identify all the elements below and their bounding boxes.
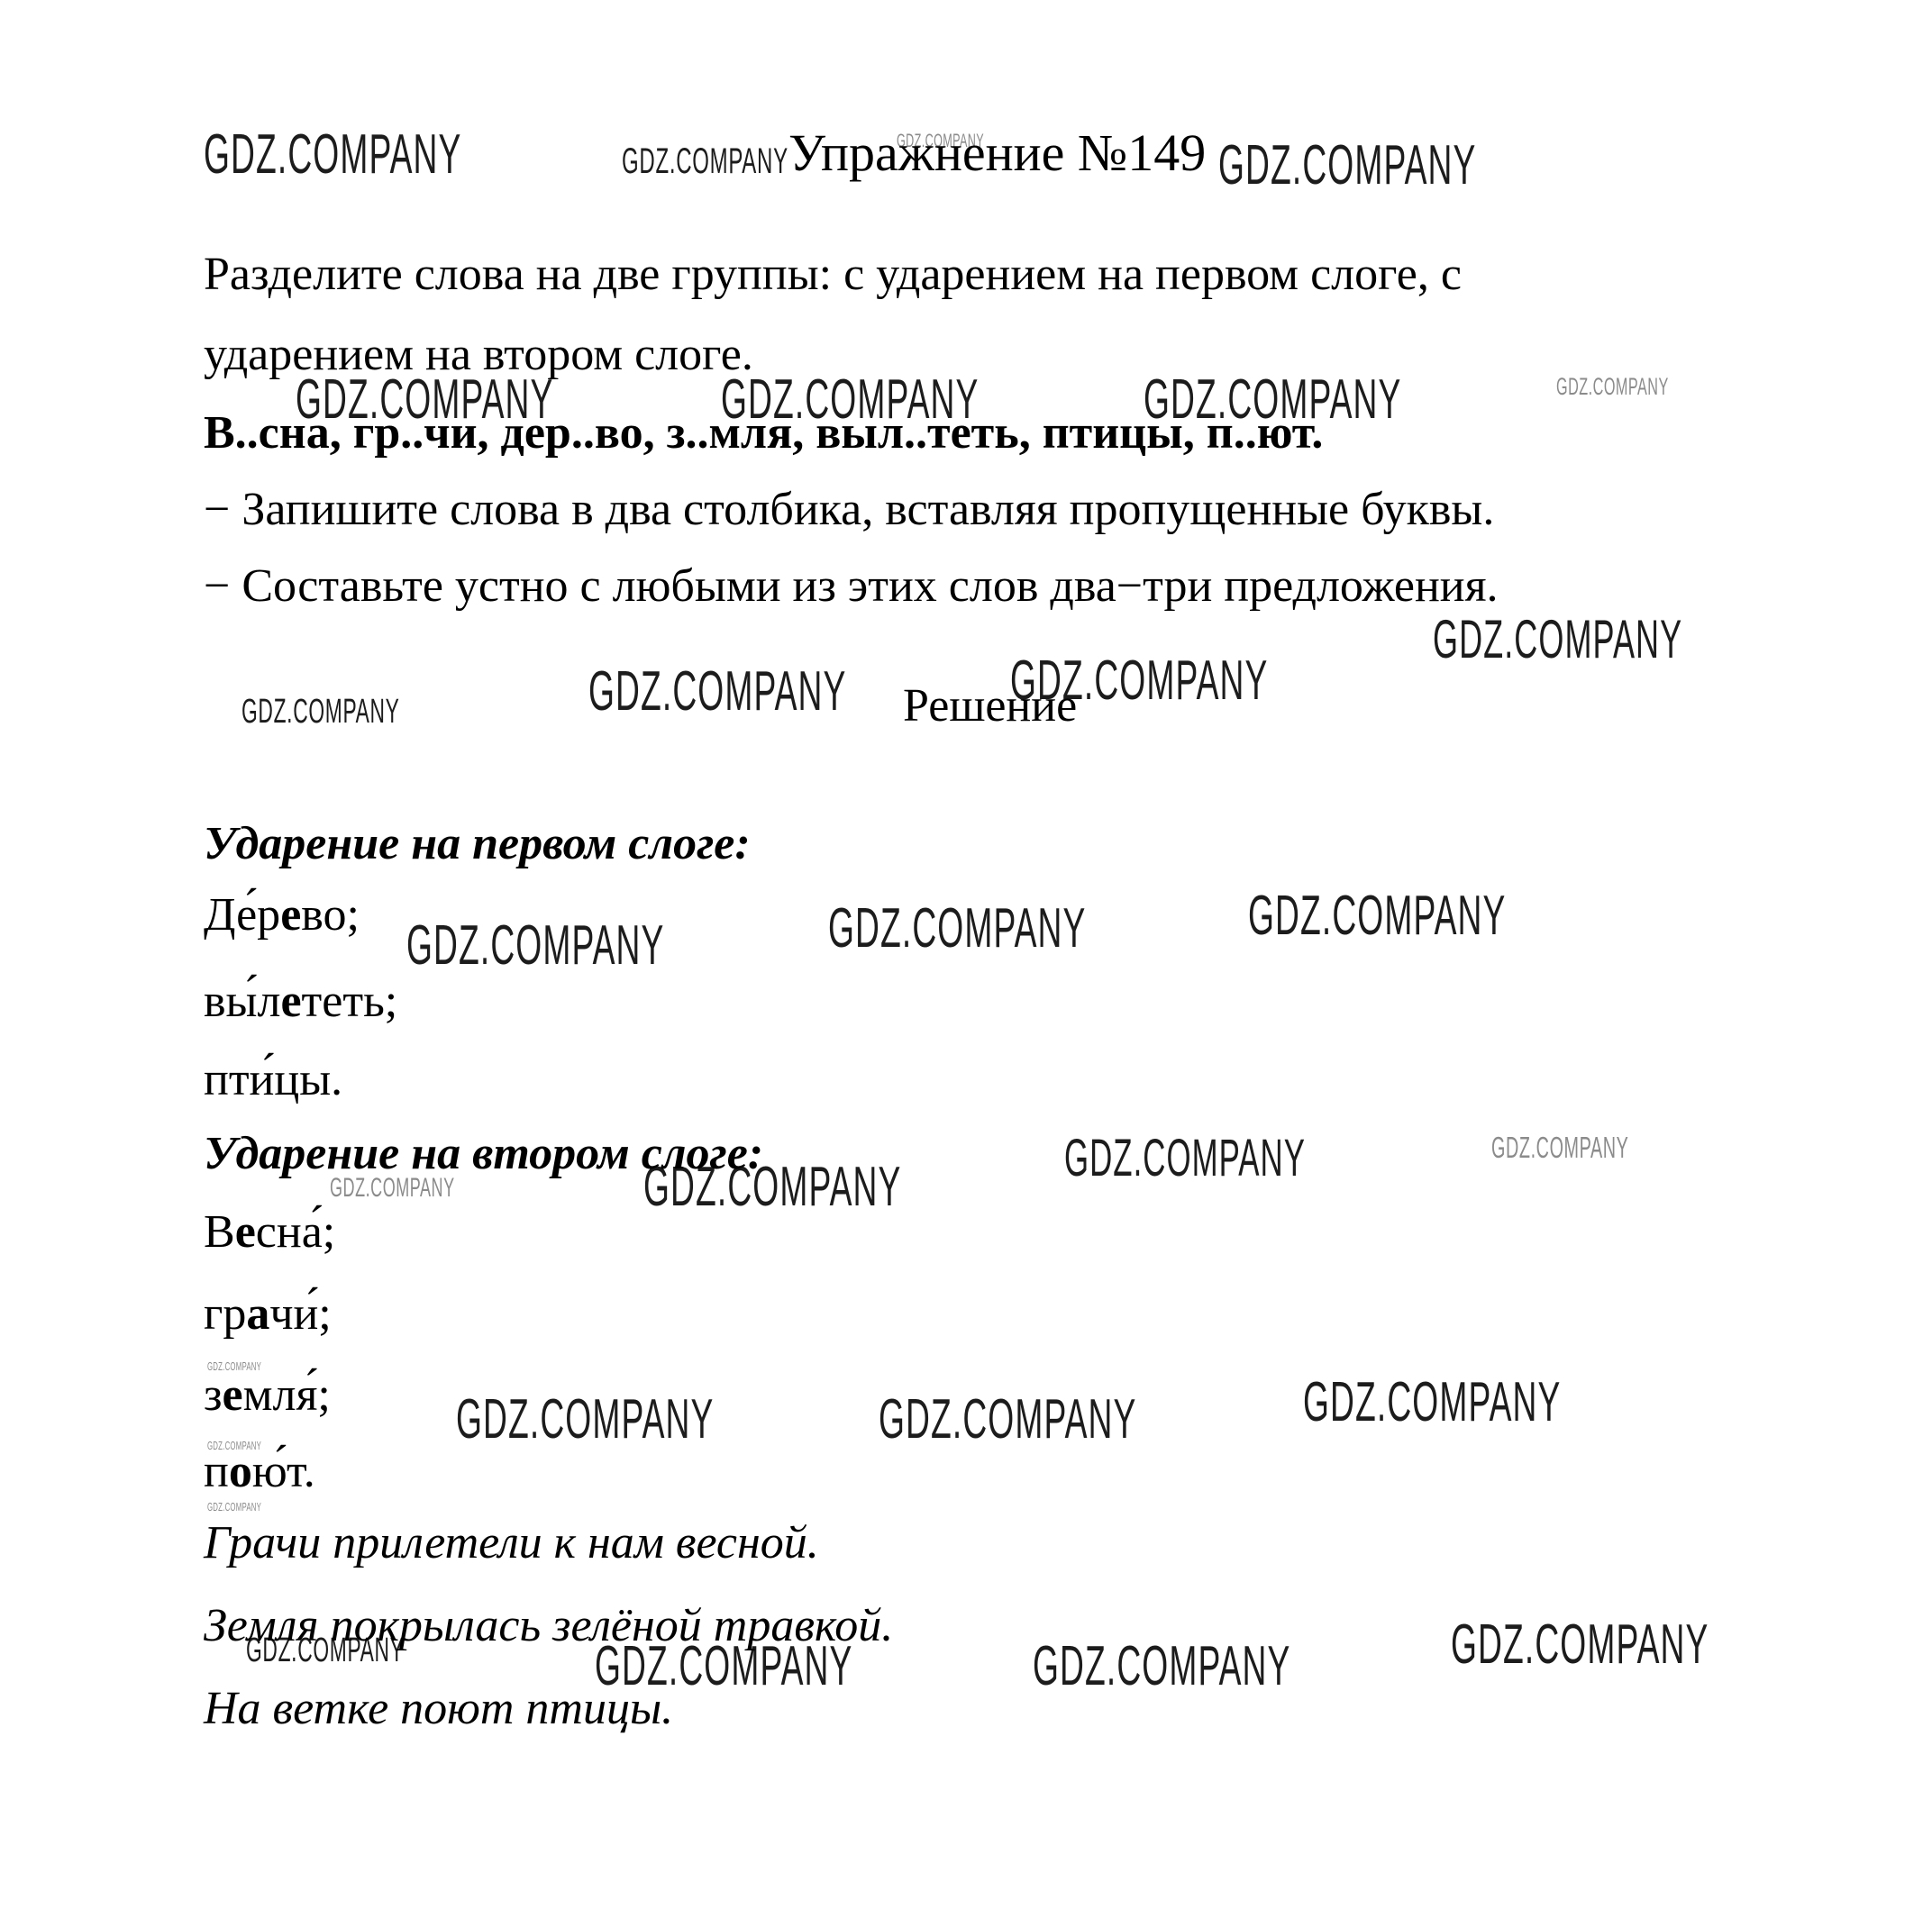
word-part-bold: е: [235, 1206, 256, 1258]
word-part-pre: гр: [204, 1288, 246, 1340]
word-part-pre: вы́л: [204, 976, 280, 1027]
word-part-pre: Де́р: [204, 889, 280, 941]
word-part-post: чи́;: [269, 1288, 331, 1340]
task-hint-1: − Запишите слова в два столбика, вставля…: [204, 480, 1494, 539]
gdz-watermark: GDZ.COMPANY: [1451, 1617, 1709, 1673]
task-intro-line-2: ударением на втором слоге.: [204, 325, 753, 384]
gdz-watermark: GDZ.COMPANY: [1218, 138, 1476, 194]
word-part-pre: пти́цы.: [204, 1054, 342, 1105]
word-part-bold: а: [246, 1288, 269, 1340]
gdz-watermark: GDZ.COMPANY: [406, 918, 664, 974]
word-part-pre: В: [204, 1206, 235, 1258]
group2-title: Ударение на втором слоге:: [204, 1124, 763, 1183]
solution-word-vesna: Весна́;: [204, 1203, 335, 1261]
gdz-watermark: GDZ.COMPANY: [456, 1392, 714, 1448]
word-part-post: теть;: [302, 976, 398, 1027]
exercise-page: GDZ.COMPANY GDZ.COMPANY GDZ.COMPANY GDZ.…: [0, 0, 1932, 1909]
gdz-watermark: GDZ.COMPANY: [1248, 888, 1506, 944]
gdz-watermark: GDZ.COMPANY: [204, 127, 461, 183]
page-title: Упражнение №149: [788, 121, 1206, 186]
gdz-watermark: GDZ.COMPANY: [828, 901, 1086, 957]
group1-title: Ударение на первом слоге:: [204, 814, 751, 873]
word-part-pre: п: [204, 1446, 229, 1497]
word-part-bold: е: [280, 976, 301, 1027]
gdz-watermark: GDZ.COMPANY: [207, 1501, 261, 1513]
word-part-bold: е: [223, 1369, 243, 1421]
example-sentence-3: На ветке поют птицы.: [204, 1679, 673, 1738]
solution-word-ptitsy: пти́цы.: [204, 1050, 342, 1109]
word-part-bold: о: [229, 1446, 252, 1497]
word-part-post: сна́;: [256, 1206, 335, 1258]
solution-word-grachi: грачи́;: [204, 1285, 332, 1343]
word-part-post: во;: [301, 889, 360, 941]
solution-word-poyut: пою́т.: [204, 1442, 315, 1501]
task-words-line: В..сна, гр..чи, дер..во, з..мля, выл..те…: [204, 404, 1323, 462]
task-intro-line-1: Разделите слова на две группы: с ударени…: [204, 245, 1462, 304]
gdz-watermark: GDZ.COMPANY: [1491, 1132, 1628, 1162]
gdz-watermark: GDZ.COMPANY: [1064, 1132, 1306, 1185]
example-sentence-2: Земля покрылась зелёной травкой.: [204, 1596, 893, 1655]
gdz-watermark: GDZ.COMPANY: [1433, 613, 1682, 667]
example-sentence-1: Грачи прилетели к нам весной.: [204, 1514, 819, 1572]
gdz-watermark: GDZ.COMPANY: [1556, 375, 1669, 399]
word-part-post: мля́;: [243, 1369, 331, 1421]
gdz-watermark: GDZ.COMPANY: [622, 143, 788, 179]
word-part-pre: з: [204, 1369, 223, 1421]
solution-word-zemlya: земля́;: [204, 1366, 331, 1424]
gdz-watermark: GDZ.COMPANY: [879, 1392, 1136, 1448]
gdz-watermark: GDZ.COMPANY: [1033, 1639, 1290, 1695]
word-part-post: ю́т.: [252, 1446, 315, 1497]
solution-word-vyletet: вы́лететь;: [204, 972, 397, 1031]
gdz-watermark: GDZ.COMPANY: [588, 664, 846, 720]
solution-heading: Решение: [903, 677, 1077, 735]
solution-word-derevo: Де́рево;: [204, 886, 360, 944]
gdz-watermark: GDZ.COMPANY: [241, 695, 400, 729]
task-hint-2: − Составьте устно с любыми из этих слов …: [204, 557, 1499, 615]
word-part-bold: е: [280, 889, 301, 941]
gdz-watermark: GDZ.COMPANY: [1303, 1375, 1561, 1431]
